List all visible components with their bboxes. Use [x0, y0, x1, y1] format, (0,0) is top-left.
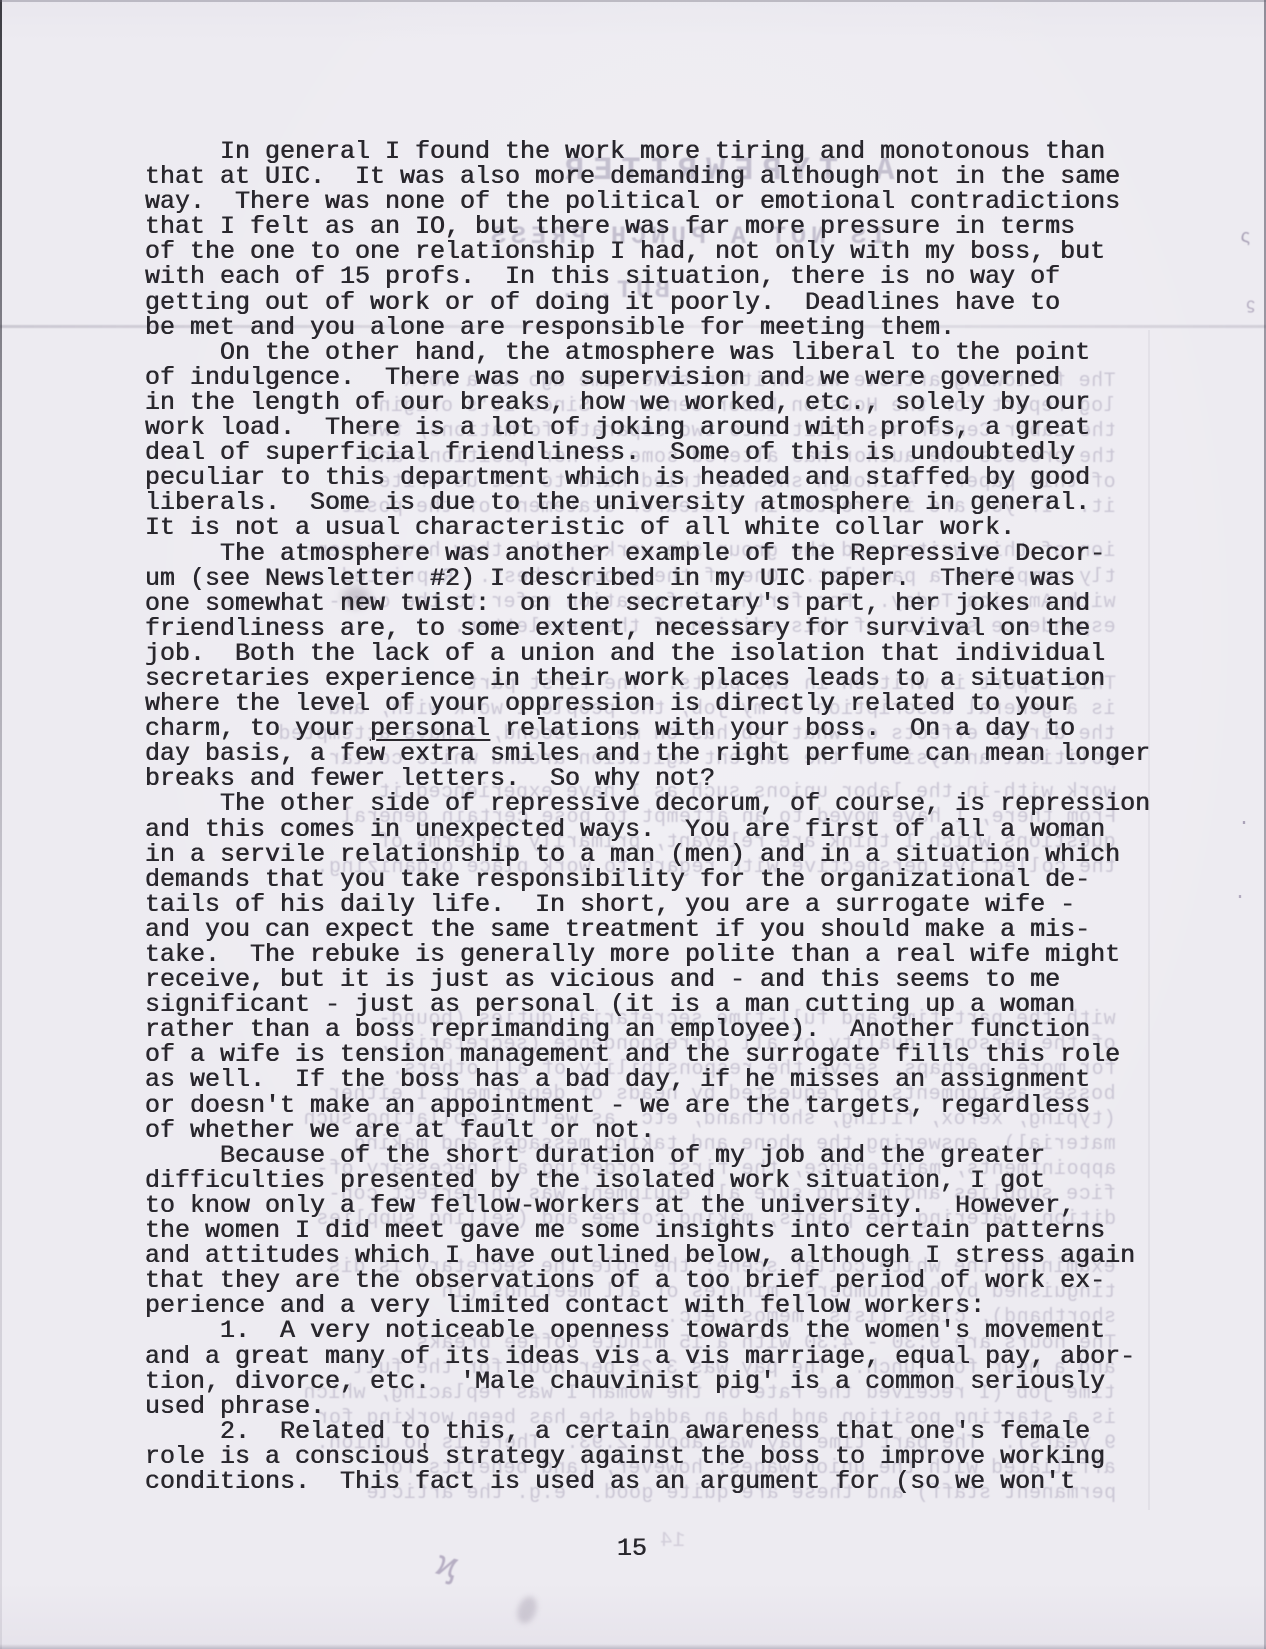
- text-line: where the level of your oppression is di…: [145, 691, 1150, 716]
- text-line: that at UIC. It was also more demanding …: [145, 164, 1150, 189]
- text-line: 2. Related to this, a certain awareness …: [145, 1419, 1150, 1444]
- scan-mark: ·: [1238, 812, 1250, 835]
- text-line: day basis, a few extra smiles and the ri…: [145, 741, 1150, 766]
- text-line: getting out of work or of doing it poorl…: [145, 290, 1150, 315]
- text-line: significant - just as personal (it is a …: [145, 992, 1150, 1017]
- text-line: of a wife is tension management and the …: [145, 1042, 1150, 1067]
- text-line: and a great many of its ideas vis a vis …: [145, 1344, 1150, 1369]
- text-line: in the length of our breaks, how we work…: [145, 390, 1150, 415]
- scan-mark: 14: [660, 1530, 685, 1553]
- text-line: In general I found the work more tiring …: [145, 139, 1150, 164]
- text-line: um (see Newsletter #2) I described in my…: [145, 566, 1150, 591]
- text-line: in a servile relationship to a man (men)…: [145, 842, 1150, 867]
- scan-mark: ·: [1234, 886, 1246, 909]
- text-line: take. The rebuke is generally more polit…: [145, 942, 1150, 967]
- scan-mark: ς: [1240, 228, 1251, 248]
- page-number: 15: [617, 1534, 647, 1563]
- scan-mark: ϗ: [431, 1544, 462, 1589]
- text-line: peculiar to this department which is hea…: [145, 465, 1150, 490]
- text-line: demands that you take responsibility for…: [145, 867, 1150, 892]
- text-line: Because of the short duration of my job …: [145, 1143, 1150, 1168]
- text-line: It is not a usual characteristic of all …: [145, 515, 1150, 540]
- text-line: used phrase.: [145, 1394, 1150, 1419]
- text-line: breaks and fewer letters. So why not?: [145, 766, 1150, 791]
- text-line: be met and you alone are responsible for…: [145, 315, 1150, 340]
- text-line: that I felt as an IO, but there was far …: [145, 214, 1150, 239]
- text-line: that they are the observations of a too …: [145, 1268, 1150, 1293]
- text-line: tails of his daily life. In short, you a…: [145, 892, 1150, 917]
- text-line: of indulgence. There was no supervision …: [145, 365, 1150, 390]
- text-line: conditions. This fact is used as an argu…: [145, 1469, 1150, 1494]
- text-line: and you can expect the same treatment if…: [145, 917, 1150, 942]
- text-line: The other side of repressive decorum, of…: [145, 791, 1150, 816]
- text-line: to know only a few fellow-workers at the…: [145, 1193, 1150, 1218]
- text-line: as well. If the boss has a bad day, if h…: [145, 1067, 1150, 1092]
- text-line: way. There was none of the political or …: [145, 189, 1150, 214]
- scanned-document-page: A TYPEWRITERIS NOT A PUNCH PRESSBUT...Th…: [0, 0, 1266, 1649]
- text-line: difficulties presented by the isolated w…: [145, 1168, 1150, 1193]
- text-line: receive, but it is just as vicious and -…: [145, 967, 1150, 992]
- scan-mark: ϛ: [1246, 296, 1256, 314]
- text-line: and attitudes which I have outlined belo…: [145, 1243, 1150, 1268]
- text-line: with each of 15 profs. In this situation…: [145, 264, 1150, 289]
- text-line: liberals. Some is due to the university …: [145, 490, 1150, 515]
- text-line: deal of superficial friendliness. Some o…: [145, 440, 1150, 465]
- text-line: charm, to your personal relations with y…: [145, 716, 1150, 741]
- text-line: of whether we are at fault or not.: [145, 1118, 1150, 1143]
- text-line: rather than a boss reprimanding an emplo…: [145, 1017, 1150, 1042]
- text-line: or doesn't make an appointment - we are …: [145, 1093, 1150, 1118]
- text-line: The atmosphere was another example of th…: [145, 541, 1150, 566]
- text-line: On the other hand, the atmosphere was li…: [145, 340, 1150, 365]
- text-line: of the one to one relationship I had, no…: [145, 239, 1150, 264]
- text-line: tion, divorce, etc. 'Male chauvinist pig…: [145, 1369, 1150, 1394]
- text-line: 1. A very noticeable openness towards th…: [145, 1318, 1150, 1343]
- text-line: job. Both the lack of a union and the is…: [145, 641, 1150, 666]
- text-line: one somewhat new twist: on the secretary…: [145, 591, 1150, 616]
- text-line: friendliness are, to some extent, necess…: [145, 616, 1150, 641]
- text-line: the women I did meet gave me some insigh…: [145, 1218, 1150, 1243]
- text-line: work load. There is a lot of joking arou…: [145, 415, 1150, 440]
- text-line: role is a conscious strategy against the…: [145, 1444, 1150, 1469]
- text-line: secretaries experience in their work pla…: [145, 666, 1150, 691]
- typed-text-block: In general I found the work more tiring …: [145, 139, 1150, 1494]
- text-line: perience and a very limited contact with…: [145, 1293, 1150, 1318]
- text-line: and this comes in unexpected ways. You a…: [145, 817, 1150, 842]
